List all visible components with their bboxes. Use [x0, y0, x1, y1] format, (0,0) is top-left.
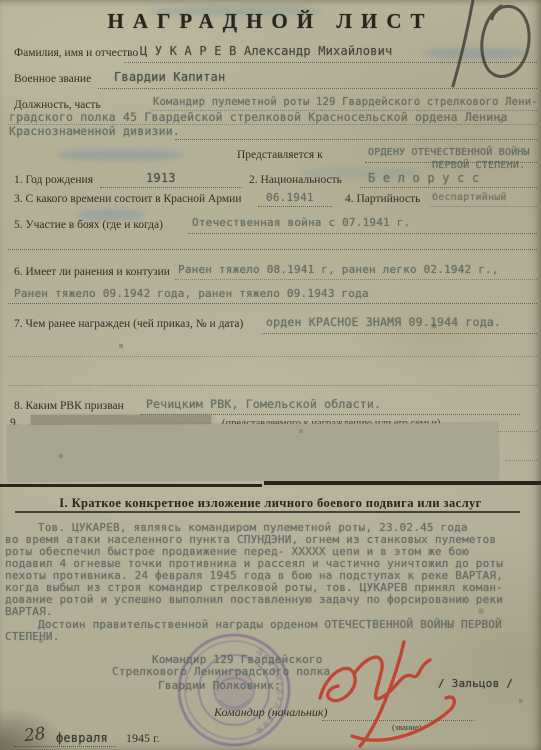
- field-nationality-label: 2. Национальность: [249, 174, 342, 186]
- dotted-line: [124, 61, 537, 63]
- dotted-line: [175, 278, 537, 280]
- date-month: февраля: [56, 731, 108, 745]
- section-divider: [264, 481, 541, 485]
- field-position-line2: градского полка 45 Гвардейской стрелково…: [9, 110, 508, 124]
- date-year: 1945 г.: [126, 731, 160, 746]
- dotted-line: [360, 186, 537, 188]
- field-rank-label: Военное звание: [14, 73, 91, 85]
- ink-smudge: [58, 149, 183, 161]
- date-day: 28: [23, 724, 47, 746]
- signer-rank-line: Гвардии Полковник:: [158, 679, 281, 692]
- field-army-label: 3. С какого времени состоит в Красной Ар…: [14, 193, 241, 205]
- field-wounds-label: 6. Имеет ли ранения и контузии: [14, 266, 170, 278]
- body-line: дование ротой и успешно выполнил поставл…: [5, 593, 503, 606]
- section-heading: I. Краткое конкретное изложение личного …: [0, 496, 541, 511]
- heading-underline: [15, 511, 520, 513]
- field-combat-value: Отечественная война с 07.1941 г.: [192, 216, 410, 229]
- dotted-line: [8, 302, 537, 304]
- field-army-value: 06.1941: [266, 191, 314, 204]
- dotted-line: [8, 355, 537, 357]
- body-line: ВАРТАЯ.: [5, 605, 53, 618]
- dotted-line: [430, 205, 537, 207]
- field-nominated-label: Представляется к: [237, 149, 323, 161]
- section-divider: [0, 484, 262, 487]
- field-combat-label: 5. Участие в боях (где и когда): [14, 219, 163, 231]
- award-sheet-document: НАГРАДНОЙ ЛИСТ Фамилия, имя и отчество Ц…: [0, 0, 541, 750]
- dotted-line: [497, 430, 537, 432]
- field-position-line1: Командир пулеметной роты 129 Гвардейског…: [153, 96, 538, 108]
- field-rvk-value: Речицким РВК, Гомельской области.: [146, 397, 381, 411]
- commander-signature: [308, 640, 508, 750]
- dotted-line: [365, 161, 537, 163]
- dotted-line: [100, 186, 242, 188]
- field-name-label: Фамилия, имя и отчество: [14, 47, 138, 59]
- handwritten-page-number: [437, 0, 541, 90]
- paper-specks: [0, 0, 2, 2]
- dotted-line: [188, 232, 537, 234]
- field-rank-value: Гвардии Капитан: [114, 70, 225, 84]
- dotted-line: [8, 384, 537, 386]
- field-birth-value: 1913: [146, 171, 176, 185]
- field-rvk-label: 8. Каким РВК призван: [14, 400, 124, 412]
- field-wounds-line1: Ранен тяжело 08.1941 г, ранен легко 02.1…: [178, 263, 499, 276]
- dotted-line: [8, 248, 537, 250]
- body-line: СТЕПЕНИ.: [5, 630, 60, 643]
- dotted-line: [262, 332, 537, 334]
- field-party-label: 4. Партийность: [345, 193, 420, 205]
- signer-unit-line2: Стрелкового Ленинградского полка: [112, 665, 330, 678]
- dotted-line: [258, 205, 332, 207]
- field-awards-value: орден КРАСНОЕ ЗНАМЯ 09.1944 года.: [266, 315, 501, 329]
- field-awards-label: 7. Чем ранее награжден (чей приказ, № и …: [14, 318, 243, 330]
- dotted-line: [175, 138, 537, 140]
- field-party-value: беспартийный: [432, 192, 507, 203]
- field-birth-label: 1. Год рождения: [14, 174, 93, 186]
- field-name-value: Ц У К А Р Е В Александр Михайлович: [140, 44, 392, 58]
- dotted-line: [505, 459, 537, 461]
- dotted-line: [8, 123, 537, 125]
- redaction-box: [8, 423, 498, 481]
- field-position-line3: Краснознаменной дивизии.: [9, 124, 180, 138]
- field-nominated-line1: ОРДЕНУ ОТЕЧЕСТВЕННОЙ ВОЙНЫ: [368, 147, 530, 158]
- field-nationality-value: Б е л о р у с с: [368, 171, 479, 185]
- dotted-line: [98, 87, 537, 89]
- dotted-line: [14, 745, 116, 747]
- dotted-line: [150, 109, 537, 111]
- field-wounds-line2: Ранен тяжело 09.1942 года, ранен тяжело …: [14, 287, 369, 300]
